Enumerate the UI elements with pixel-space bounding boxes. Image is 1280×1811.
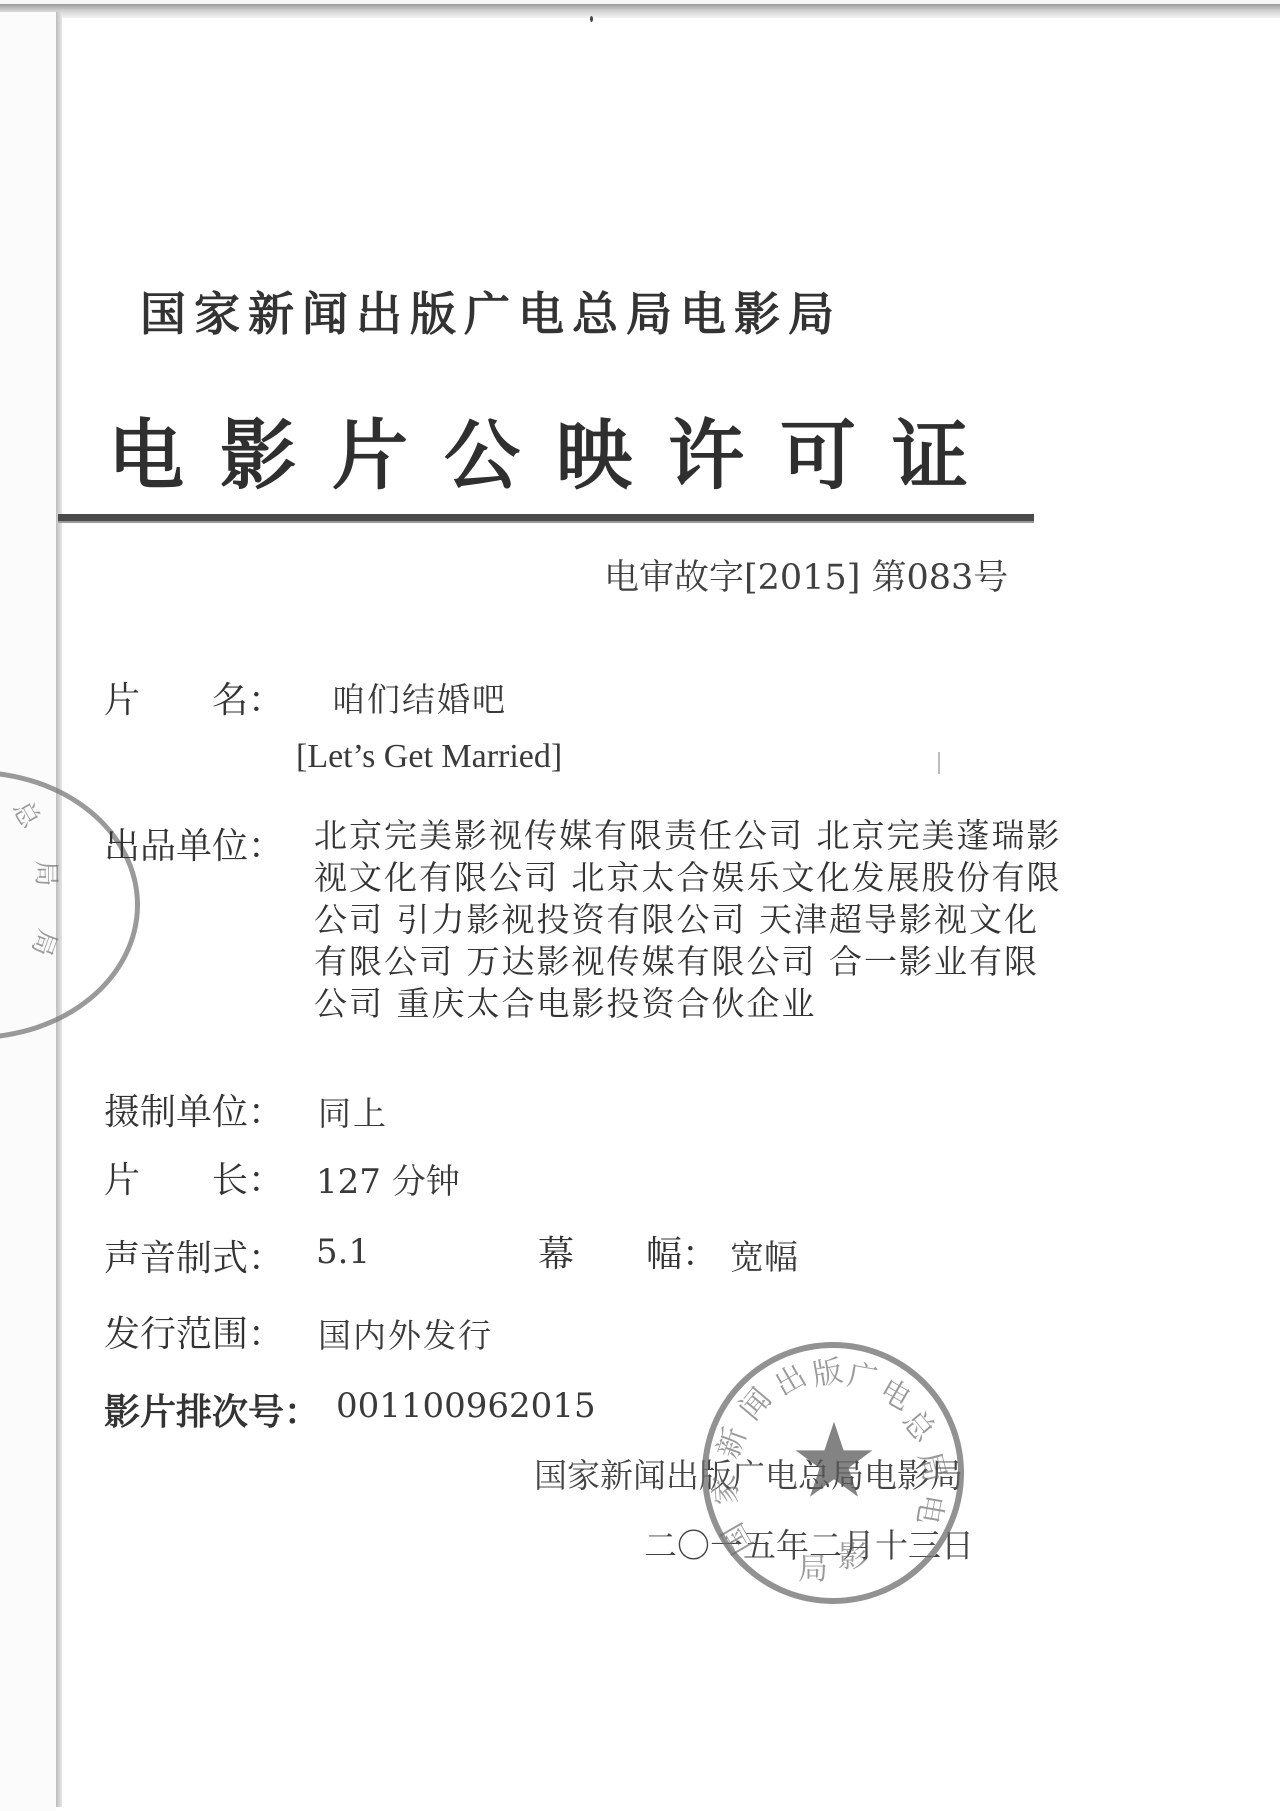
seal-char: 闻 <box>727 1376 780 1427</box>
official-seal-stamp: 国 家 新 闻 出 版 广 电 总 局 电 影 局 <box>702 1342 964 1604</box>
scan-speck <box>590 16 593 22</box>
side-seal-stamp: 总 局 局 <box>0 770 140 1040</box>
side-seal-char: 总 <box>5 793 50 834</box>
serial-number-value: 001100962015 <box>336 1386 596 1426</box>
producers-label: 出品单位： <box>104 818 284 869</box>
seal-char: 新 <box>703 1420 755 1463</box>
film-name-value: 咱们结婚吧 <box>332 674 507 721</box>
length-value: 127 分钟 <box>316 1154 460 1203</box>
title-divider <box>58 514 1034 523</box>
distribution-value: 国内外发行 <box>318 1310 493 1357</box>
scan-edge-top <box>0 4 1280 18</box>
film-name-label: 片 名： <box>104 672 284 723</box>
producers-line: 北京完美影视传媒有限责任公司 北京完美蓬瑞影 <box>314 815 1174 857</box>
sound-format-value: 5.1 <box>316 1232 370 1272</box>
document-title: 电影片公映许可证 <box>108 395 1004 504</box>
document-number: 电审故字[2015] 第083号 <box>604 550 1008 600</box>
producers-line: 公司 引力影视投资有限公司 天津超导影视文化 <box>314 899 1174 941</box>
producers-line: 视文化有限公司 北京太合娱乐文化发展股份有限 <box>314 857 1174 899</box>
seal-char: 影 <box>838 1532 868 1576</box>
serial-number-label: 影片排次号： <box>104 1384 320 1435</box>
issuer-header: 国家新闻出版广电总局电影局 <box>140 278 842 344</box>
seal-char: 局 <box>910 1446 960 1486</box>
screen-format-value: 宽幅 <box>730 1230 798 1279</box>
sound-format-label: 声音制式： <box>104 1230 284 1281</box>
star-icon <box>794 1420 874 1500</box>
film-name-english: [Let’s Get Married] <box>296 738 562 776</box>
side-seal-char: 局 <box>30 860 67 886</box>
scan-speck-mark <box>938 752 940 774</box>
seal-char: 电 <box>909 1491 958 1528</box>
producers-list: 北京完美影视传媒有限责任公司 北京完美蓬瑞影 视文化有限公司 北京太合娱乐文化发… <box>314 815 1174 1025</box>
production-unit-label: 摄制单位： <box>104 1084 284 1135</box>
length-label: 片 长： <box>104 1152 284 1203</box>
production-unit-value: 同上 <box>318 1088 388 1135</box>
side-seal-char: 局 <box>24 925 68 962</box>
screen-format-label: 幕 幅： <box>538 1226 718 1277</box>
seal-char: 版 <box>808 1346 845 1395</box>
producers-line: 公司 重庆太合电影投资合伙企业 <box>314 983 1174 1025</box>
producers-line: 有限公司 万达影视传媒有限公司 合一影业有限 <box>314 941 1174 983</box>
seal-char: 出 <box>765 1351 813 1404</box>
seal-char: 局 <box>798 1544 828 1588</box>
seal-char: 家 <box>700 1473 746 1507</box>
seal-char: 广 <box>844 1350 881 1399</box>
distribution-label: 发行范围： <box>104 1306 284 1357</box>
